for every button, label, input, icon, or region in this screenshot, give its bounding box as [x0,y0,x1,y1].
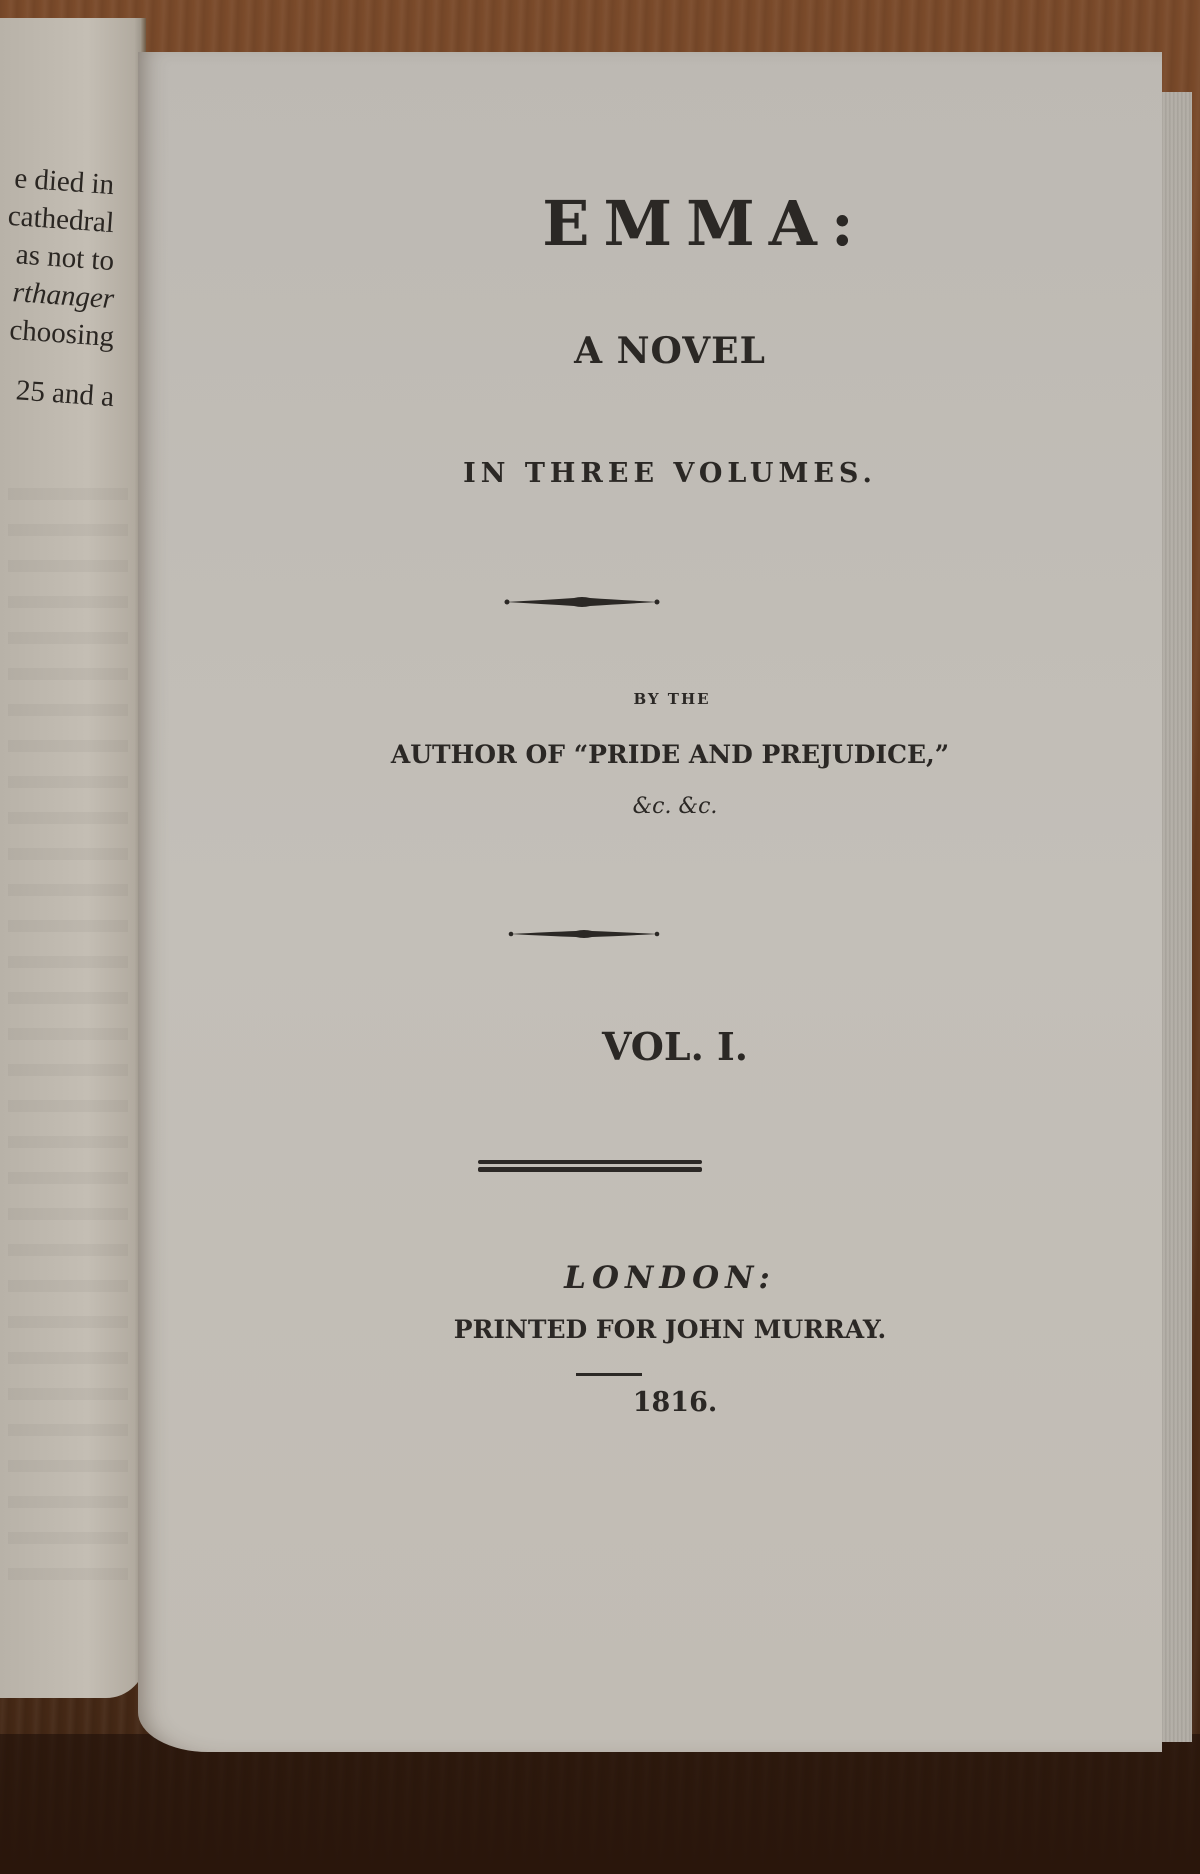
left-page: e died in cathedral as not to rthanger c… [0,18,146,1698]
ornamental-rule-icon [504,594,660,610]
book-title: EMMA: [138,187,1162,260]
wooden-table [0,1734,1200,1874]
short-rule [576,1373,642,1376]
ornamental-rule-icon [508,927,660,941]
volume-number: VOL. I. [138,1024,1162,1069]
et-cetera: &c. &c. [138,794,1162,819]
left-page-text: e died in cathedral as not to rthanger c… [0,168,140,418]
faint-show-through-text [8,488,128,1588]
printer-line: PRINTED FOR JOHN MURRAY. [138,1315,1162,1344]
title-page: EMMA: A NOVEL IN THREE VOLUMES. BY THE A… [138,52,1162,1752]
publication-year: 1816. [138,1387,1162,1418]
volume-count: IN THREE VOLUMES. [138,458,1162,489]
page-edges [1162,92,1192,1742]
byline: BY THE [138,690,1162,708]
left-page-line: 25 and a [0,370,141,418]
author-attribution: AUTHOR OF “PRIDE AND PREJUDICE,” [138,740,1162,769]
book-subtitle: A NOVEL [138,330,1162,372]
double-rule-icon [478,1160,702,1172]
publication-city: LONDON: [138,1260,1162,1296]
